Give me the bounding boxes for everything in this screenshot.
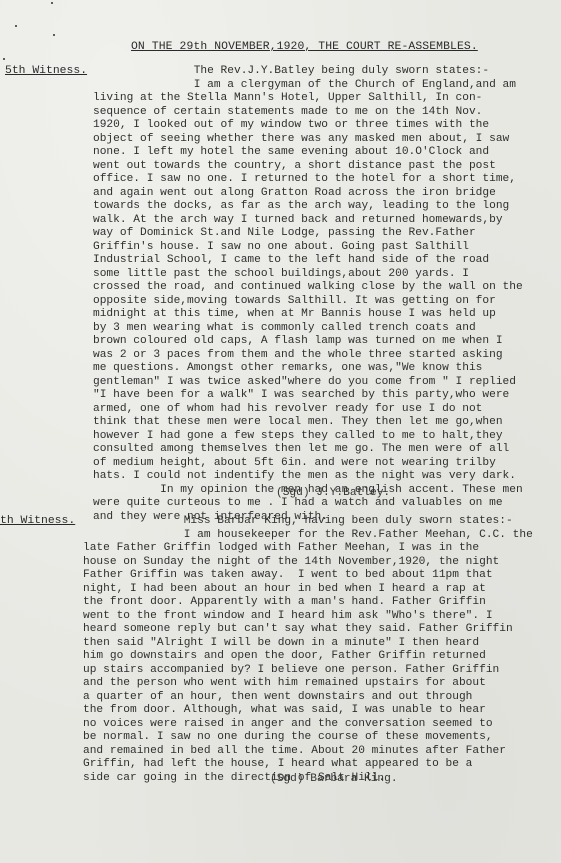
statement-line: the front door. Apparently with a man's … [83,596,553,610]
statement-line: opposite side,moving towards Salthill. I… [93,295,561,309]
statement-line: object of seeing whether there was any m… [93,133,561,147]
statement-line: think that these men were local men. The… [93,416,561,430]
statement-line: sequence of certain statements made to m… [93,106,561,120]
statement-line: Griffin, had left the house, I heard wha… [83,758,553,772]
statement-line: heard someone reply but can't say what t… [83,623,553,637]
typewritten-page: ON THE 29th NOVEMBER,1920, THE COURT RE-… [0,0,561,863]
statement-line: and again went out along Gratton Road ac… [93,187,561,201]
statement-line: Father Griffin was taken away. I went to… [83,569,553,583]
statement-line: went to the front window and I heard him… [83,610,553,624]
witness-6-statement: Miss Barbar King, having been duly sworn… [83,515,553,785]
witness-5-statement: The Rev.J.Y.Batley being duly sworn stat… [93,65,561,524]
statement-line: be normal. I saw no one during the cours… [83,731,553,745]
statement-line: way of Dominick St.and Nile Lodge, passi… [93,227,561,241]
statement-line: up stairs accompanied by? I believe one … [83,664,553,678]
statement-line: living at the Stella Mann's Hotel, Upper… [93,92,561,106]
statement-line: was 2 or 3 paces from them and the whole… [93,349,561,363]
statement-line: Griffin's house. I saw no one about. Goi… [93,241,561,255]
statement-line: "I have been for a walk" I was searched … [93,389,561,403]
paper-speck [51,2,53,4]
statement-line: crossed the road, and continued walking … [93,281,561,295]
statement-line: towards the docks, as far as the arch wa… [93,200,561,214]
paper-speck [3,58,5,60]
statement-line: hats. I could not indentify the men as t… [93,470,561,484]
statement-line: the from door. Although, what was said, … [83,704,553,718]
statement-line: and remained in bed all the time. About … [83,745,553,759]
statement-line: none. I left my hotel the same evening a… [93,146,561,160]
statement-line: me questions. Amongst other remarks, one… [93,362,561,376]
statement-line: him go downstairs and open the door, Fat… [83,650,553,664]
statement-line: of medium height, about 5ft 6in. and wer… [93,457,561,471]
statement-line: Miss Barbar King, having been duly sworn… [83,515,553,529]
statement-line: 1920, I looked out of my window two or t… [93,119,561,133]
page-title: ON THE 29th NOVEMBER,1920, THE COURT RE-… [131,41,478,53]
witness-5-label: 5th Witness. [5,65,87,77]
statement-line: office. I saw no one. I returned to the … [93,173,561,187]
statement-line: The Rev.J.Y.Batley being duly sworn stat… [93,65,561,79]
statement-line: and the person who went with him remaine… [83,677,553,691]
statement-line: some little past the school buildings,ab… [93,268,561,282]
statement-line: gentleman" I was twice asked"where do yo… [93,376,561,390]
statement-line: Industrial School, I came to the left ha… [93,254,561,268]
statement-line: no voices were raised in anger and the c… [83,718,553,732]
statement-line: late Father Griffin lodged with Father M… [83,542,553,556]
statement-line: went out towards the country, a short di… [93,160,561,174]
witness-5-signature: (Sgd) J.Y.Batley. [276,487,390,499]
statement-line: by 3 men wearing what is commonly called… [93,322,561,336]
statement-line: armed, one of whom had his revolver read… [93,403,561,417]
statement-line: then said "Alright I will be down in a m… [83,637,553,651]
statement-line: walk. At the arch way I turned back and … [93,214,561,228]
statement-line: night, I had been about an hour in bed w… [83,583,553,597]
statement-line: I am housekeeper for the Rev.Father Meeh… [83,529,553,543]
paper-speck [53,34,55,36]
paper-speck [15,25,17,27]
statement-line: house on Sunday the night of the 14th No… [83,556,553,570]
statement-line: brown coloured old caps, A flash lamp wa… [93,335,561,349]
statement-line: a quarter of an hour, then went downstai… [83,691,553,705]
statement-line: however I had gone a few steps they call… [93,430,561,444]
witness-6-signature: (Sgd) Barbara King. [270,773,398,785]
statement-line: consulted among themselves then let me g… [93,443,561,457]
witness-6-label: th Witness. [0,515,75,527]
statement-line: midnight at this time, when at Mr Bannis… [93,308,561,322]
statement-line: were quite curteous to me . I had a watc… [93,497,561,511]
statement-line: I am a clergyman of the Church of Englan… [93,79,561,93]
